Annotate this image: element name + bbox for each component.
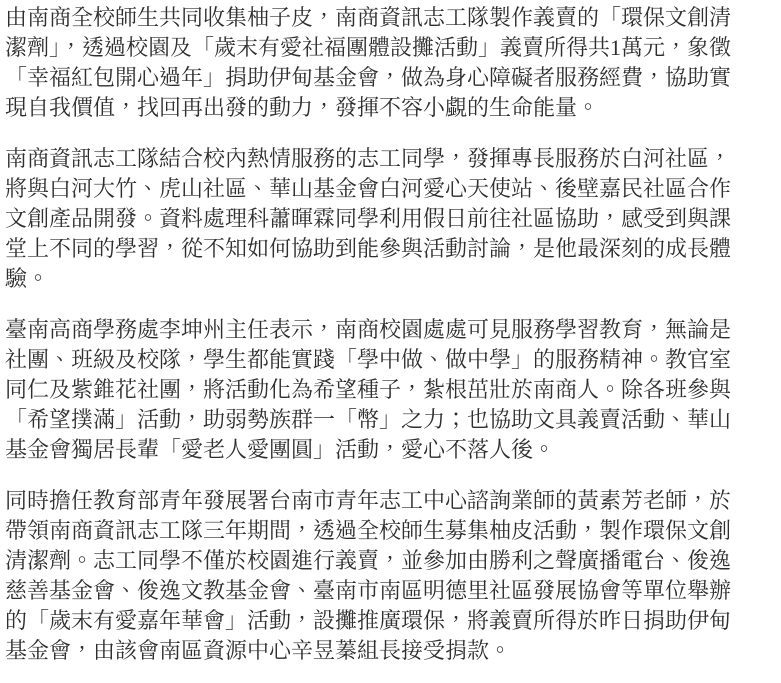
- paragraph-teacher-activities: 同時擔任教育部青年發展署台南市青年志工中心諮詢業師的黃素芳老師，於 帶領南商資訊…: [5, 486, 776, 666]
- paragraph-director-statement: 臺南高商學務處李坤州主任表示，南商校園處處可見服務學習教育，無論是 社團、班級及…: [5, 315, 776, 465]
- paragraph-community-service: 南商資訊志工隊結合校內熱情服務的志工同學，發揮專長服務於白河社區， 將與白河大竹…: [5, 144, 776, 294]
- paragraph-donation-summary: 由南商全校師生共同收集柚子皮，南商資訊志工隊製作義賣的「環保文創清 潔劑」，透過…: [5, 3, 776, 123]
- article-body: 由南商全校師生共同收集柚子皮，南商資訊志工隊製作義賣的「環保文創清 潔劑」，透過…: [0, 0, 781, 666]
- page: { "document": { "paragraphs": [ { "text"…: [0, 0, 781, 683]
